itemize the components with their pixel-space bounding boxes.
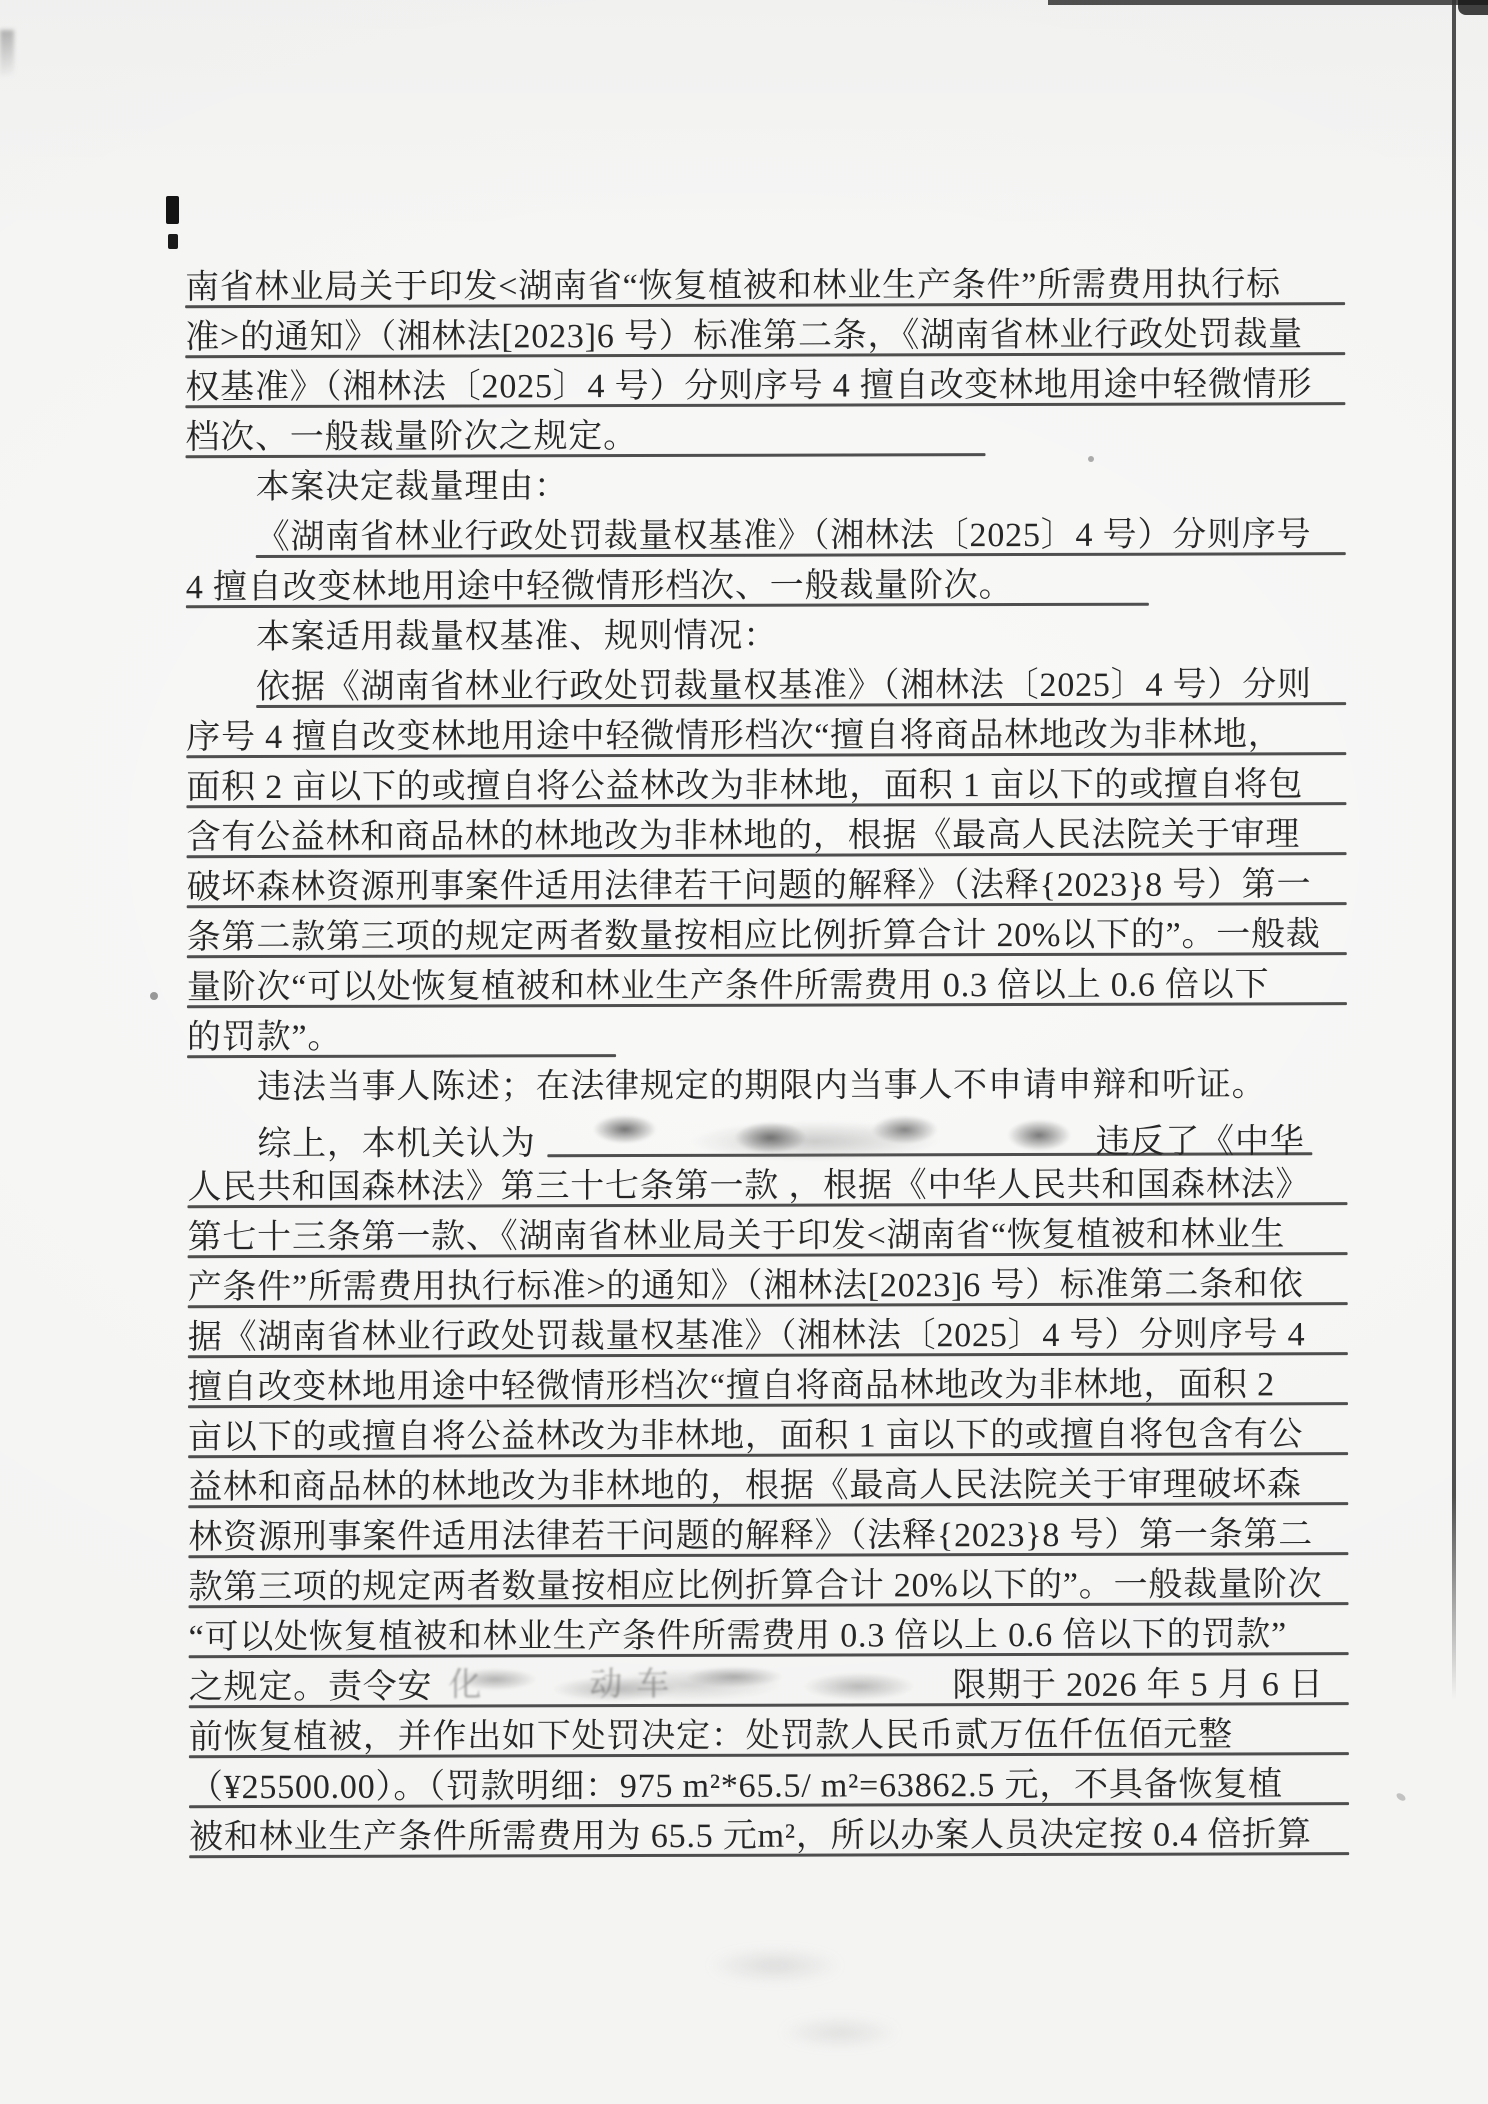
document-line: 第七十三条第一款、《湖南省林业局关于印发<湖南省“恢复植被和林业生 bbox=[187, 1210, 1347, 1263]
document-line: 之规定。责令安化 动车限期于 2026 年 5 月 6 日 bbox=[189, 1660, 1349, 1713]
document-text: （¥25500.00）。（罚款明细：975 m²*65.5/ m²=63862.… bbox=[189, 1766, 1283, 1806]
document-text: 条第二款第三项的规定两者数量按相应比例折算合计 20%以下的”。一般裁 bbox=[187, 916, 1321, 956]
document-text: 权基准》（湘林法〔2025〕4 号）分则序号 4 擅自改变林地用途中轻微情形 bbox=[185, 366, 1312, 406]
document-line: 破坏森林资源刑事案件适用法律若干问题的解释》（法释{2023}8 号）第一 bbox=[187, 860, 1347, 913]
document-text: “可以处恢复植被和林业生产条件所需费用 0.3 倍以上 0.6 倍以下的罚款” bbox=[189, 1616, 1287, 1656]
document-line: 违法当事人陈述；在法律规定的期限内当事人不申请申辩和听证。 bbox=[187, 1060, 1347, 1113]
document-text: 擅自改变林地用途中轻微情形档次“擅自将商品林地改为非林地，面积 2 bbox=[188, 1366, 1275, 1406]
document-line: 依据《湖南省林业行政处罚裁量权基准》（湘林法〔2025〕4 号）分则 bbox=[186, 660, 1346, 713]
document-text: 违反了《中华 bbox=[1096, 1123, 1305, 1161]
document-text: 依据《湖南省林业行政处罚裁量权基准》（湘林法〔2025〕4 号）分则 bbox=[256, 666, 1312, 706]
scan-artifact-vertical-line bbox=[1452, 0, 1456, 1700]
document-line: 亩以下的或擅自将公益林改为非林地，面积 1 亩以下的或擅自将包含有公 bbox=[188, 1410, 1348, 1463]
document-line: 含有公益林和商品林的林地改为非林地的，根据《最高人民法院关于审理 bbox=[186, 810, 1346, 863]
document-line: 条第二款第三项的规定两者数量按相应比例折算合计 20%以下的”。一般裁 bbox=[187, 910, 1347, 963]
document-text: 含有公益林和商品林的林地改为非林地的，根据《最高人民法院关于审理 bbox=[186, 816, 1300, 856]
document-text: 面积 2 亩以下的或擅自将公益林改为非林地，面积 1 亩以下的或擅自将包 bbox=[186, 766, 1303, 806]
document-text: 人民共和国森林法》第三十七条第一款 ，根据《中华人民共和国森林法》 bbox=[187, 1166, 1310, 1206]
scan-artifact-left-mark bbox=[168, 234, 178, 249]
scan-artifact-corner bbox=[1458, 0, 1488, 15]
document-line: 据《湖南省林业行政处罚裁量权基准》（湘林法〔2025〕4 号）分则序号 4 bbox=[188, 1310, 1348, 1363]
document-line: 综上，本机关认为违反了《中华 bbox=[187, 1110, 1347, 1163]
document-line: 序号 4 擅自改变林地用途中轻微情形档次“擅自将商品林地改为非林地， bbox=[186, 710, 1346, 763]
document-text: 破坏森林资源刑事案件适用法律若干问题的解释》（法释{2023}8 号）第一 bbox=[187, 866, 1312, 906]
redaction-ghost-text: 化 动车 bbox=[448, 1665, 683, 1706]
document-line: 权基准》（湘林法〔2025〕4 号）分则序号 4 擅自改变林地用途中轻微情形 bbox=[185, 360, 1345, 413]
document-line: 前恢复植被，并作出如下处罚决定：处罚款人民币贰万伍仟伍佰元整 bbox=[189, 1710, 1349, 1763]
redaction-mark bbox=[536, 1111, 1096, 1166]
scan-artifact-dot bbox=[1395, 1792, 1407, 1803]
document-line: 本案适用裁量权基准、规则情况： bbox=[186, 610, 1346, 663]
document-text: 量阶次“可以处恢复植被和林业生产条件所需费用 0.3 倍以上 0.6 倍以下 bbox=[187, 966, 1270, 1006]
document-text: 违法当事人陈述；在法律规定的期限内当事人不申请申辩和听证。 bbox=[257, 1066, 1266, 1106]
document-line: “可以处恢复植被和林业生产条件所需费用 0.3 倍以上 0.6 倍以下的罚款” bbox=[189, 1610, 1349, 1663]
document-text: 据《湖南省林业行政处罚裁量权基准》（湘林法〔2025〕4 号）分则序号 4 bbox=[188, 1316, 1306, 1356]
document-line: 《湖南省林业行政处罚裁量权基准》（湘林法〔2025〕4 号）分则序号 bbox=[186, 510, 1346, 563]
document-text: 南省林业局关于印发<湖南省“恢复植被和林业生产条件”所需费用执行标 bbox=[185, 266, 1281, 306]
document-text: 《湖南省林业行政处罚裁量权基准》（湘林法〔2025〕4 号）分则序号 bbox=[256, 516, 1312, 556]
document-text: 产条件”所需费用执行标准>的通知》（湘林法[2023]6 号）标准第二条和依 bbox=[188, 1266, 1304, 1306]
document-text: 准>的通知》（湘林法[2023]6 号）标准第二条，《湖南省林业行政处罚裁量 bbox=[185, 316, 1303, 356]
document-text: 益林和商品林的林地改为非林地的，根据《最高人民法院关于审理破坏森 bbox=[188, 1466, 1302, 1506]
scan-artifact-smudge bbox=[690, 1938, 860, 1993]
document-text: 限期于 2026 年 5 月 6 日 bbox=[952, 1666, 1324, 1704]
document-text: 亩以下的或擅自将公益林改为非林地，面积 1 亩以下的或擅自将包含有公 bbox=[188, 1416, 1303, 1456]
scan-artifact-smudge bbox=[770, 2005, 910, 2060]
document-line: 的罚款”。 bbox=[187, 1010, 1347, 1063]
document-text: 的罚款”。 bbox=[187, 1019, 342, 1056]
document-line: 擅自改变林地用途中轻微情形档次“擅自将商品林地改为非林地，面积 2 bbox=[188, 1360, 1348, 1413]
document-line: 人民共和国森林法》第三十七条第一款 ，根据《中华人民共和国森林法》 bbox=[187, 1160, 1347, 1213]
document-line: 益林和商品林的林地改为非林地的，根据《最高人民法院关于审理破坏森 bbox=[188, 1460, 1348, 1513]
document-text: 前恢复植被，并作出如下处罚决定：处罚款人民币贰万伍仟伍佰元整 bbox=[189, 1716, 1233, 1756]
document-line: 被和林业生产条件所需费用为 65.5 元m²，所以办案人员决定按 0.4 倍折算 bbox=[189, 1810, 1349, 1863]
document-line: 本案决定裁量理由： bbox=[186, 460, 1346, 513]
document-text: 序号 4 擅自改变林地用途中轻微情形档次“擅自将商品林地改为非林地， bbox=[186, 716, 1282, 756]
document-line: 林资源刑事案件适用法律若干问题的解释》（法释{2023}8 号）第一条第二 bbox=[188, 1510, 1348, 1563]
scanned-document-page: 南省林业局关于印发<湖南省“恢复植被和林业生产条件”所需费用执行标准>的通知》（… bbox=[0, 0, 1488, 2104]
document-line: 4 擅自改变林地用途中轻微情形档次、一般裁量阶次。 bbox=[186, 560, 1346, 613]
document-line: 准>的通知》（湘林法[2023]6 号）标准第二条，《湖南省林业行政处罚裁量 bbox=[185, 310, 1345, 363]
scan-artifact-dot bbox=[150, 992, 158, 1000]
document-text: 4 擅自改变林地用途中轻微情形档次、一般裁量阶次。 bbox=[186, 567, 1014, 606]
document-text: 林资源刑事案件适用法律若干问题的解释》（法释{2023}8 号）第一条第二 bbox=[188, 1516, 1313, 1556]
document-line: 南省林业局关于印发<湖南省“恢复植被和林业生产条件”所需费用执行标 bbox=[185, 260, 1345, 313]
document-line: 款第三项的规定两者数量按相应比例折算合计 20%以下的”。一般裁量阶次 bbox=[188, 1560, 1348, 1613]
scan-artifact-smudge bbox=[0, 30, 14, 76]
document-text: 被和林业生产条件所需费用为 65.5 元m²，所以办案人员决定按 0.4 倍折算 bbox=[189, 1816, 1312, 1856]
document-text: 之规定。责令安 bbox=[189, 1669, 433, 1707]
document-text: 第七十三条第一款、《湖南省林业局关于印发<湖南省“恢复植被和林业生 bbox=[188, 1216, 1286, 1256]
document-line: 产条件”所需费用执行标准>的通知》（湘林法[2023]6 号）标准第二条和依 bbox=[188, 1260, 1348, 1313]
scan-artifact-left-mark bbox=[166, 196, 179, 224]
document-line: 面积 2 亩以下的或擅自将公益林改为非林地，面积 1 亩以下的或擅自将包 bbox=[186, 760, 1346, 813]
document-line: （¥25500.00）。（罚款明细：975 m²*65.5/ m²=63862.… bbox=[189, 1760, 1349, 1813]
document-line: 档次、一般裁量阶次之规定。 bbox=[185, 410, 1345, 463]
document-text: 综上，本机关认为 bbox=[257, 1125, 536, 1163]
scan-artifact-top-edge bbox=[1048, 0, 1488, 5]
document-text: 档次、一般裁量阶次之规定。 bbox=[185, 418, 638, 456]
document-lines: 南省林业局关于印发<湖南省“恢复植被和林业生产条件”所需费用执行标准>的通知》（… bbox=[185, 260, 1349, 1863]
document-text: 本案决定裁量理由： bbox=[256, 468, 569, 506]
document-text: 本案适用裁量权基准、规则情况： bbox=[256, 618, 778, 656]
document-text: 款第三项的规定两者数量按相应比例折算合计 20%以下的”。一般裁量阶次 bbox=[188, 1566, 1322, 1606]
redaction-mark: 化 动车 bbox=[432, 1664, 952, 1705]
document-line: 量阶次“可以处恢复植被和林业生产条件所需费用 0.3 倍以上 0.6 倍以下 bbox=[187, 960, 1347, 1013]
